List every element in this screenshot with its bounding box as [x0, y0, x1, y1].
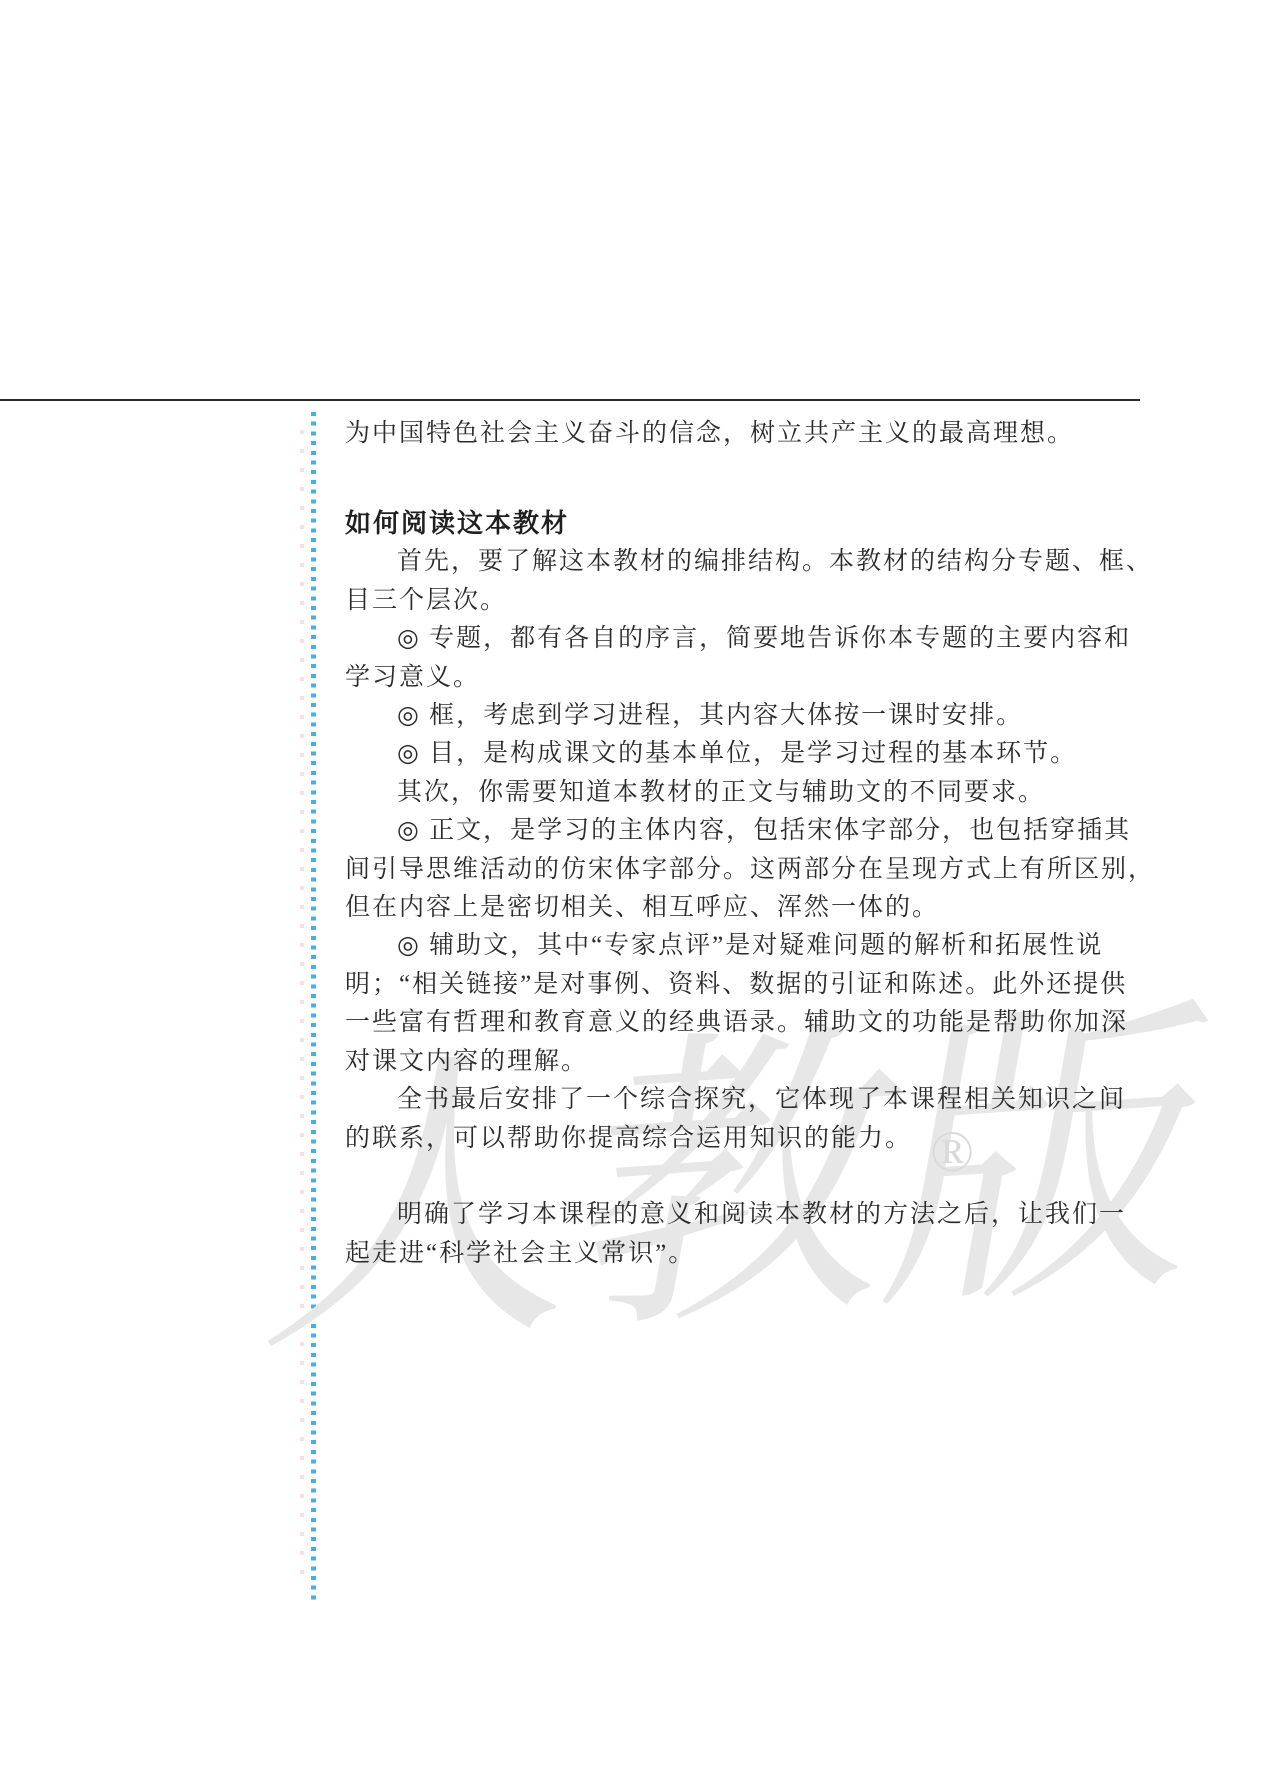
margin-dotted-line	[311, 412, 316, 1602]
top-horizontal-rule	[0, 399, 1140, 401]
body-line: ◎ 框，考虑到学习进程，其内容大体按一课时安排。	[345, 697, 1157, 735]
body-line: 明确了学习本课程的意义和阅读本教材的方法之后，让我们一	[345, 1196, 1157, 1234]
body-line: 全书最后安排了一个综合探究，它体现了本课程相关知识之间	[345, 1081, 1157, 1119]
body-line: 学习意义。	[345, 659, 1157, 697]
body-line: ◎ 目，是构成课文的基本单位，是学习过程的基本环节。	[345, 735, 1157, 773]
body-line: 目三个层次。	[345, 582, 1157, 620]
body-line: 首先，要了解这本教材的编排结构。本教材的结构分专题、框、	[345, 543, 1157, 581]
body-line: 的联系，可以帮助你提高综合运用知识的能力。	[345, 1120, 1157, 1158]
body-line: 起走进“科学社会主义常识”。	[345, 1235, 1157, 1273]
body-line: 间引导思维活动的仿宋体字部分。这两部分在呈现方式上有所区别，	[345, 851, 1157, 889]
body-line: ◎ 正文，是学习的主体内容，包括宋体字部分，也包括穿插其	[345, 812, 1157, 850]
body-line: 其次，你需要知道本教材的正文与辅助文的不同要求。	[345, 774, 1157, 812]
main-text-column: 为中国特色社会主义奋斗的信念，树立共产主义的最高理想。 如何阅读这本教材 首先，…	[345, 415, 1157, 1273]
textbook-page: 人教版 ® 为中国特色社会主义奋斗的信念，树立共产主义的最高理想。 如何阅读这本…	[0, 0, 1280, 1790]
body-line: 对课文内容的理解。	[345, 1043, 1157, 1081]
dotted-line-pink-fringe	[300, 430, 304, 1580]
body-line: 一些富有哲理和教育意义的经典语录。辅助文的功能是帮助你加深	[345, 1004, 1157, 1042]
body-line: ◎ 专题，都有各自的序言，简要地告诉你本专题的主要内容和	[345, 620, 1157, 658]
intro-line: 为中国特色社会主义奋斗的信念，树立共产主义的最高理想。	[345, 415, 1157, 453]
body-line: 但在内容上是密切相关、相互呼应、浑然一体的。	[345, 889, 1157, 927]
body-line: 明；“相关链接”是对事例、资料、数据的引证和陈述。此外还提供	[345, 966, 1157, 1004]
body-line: ◎ 辅助文，其中“专家点评”是对疑难问题的解析和拓展性说	[345, 927, 1157, 965]
section-heading: 如何阅读这本教材	[345, 503, 1157, 543]
